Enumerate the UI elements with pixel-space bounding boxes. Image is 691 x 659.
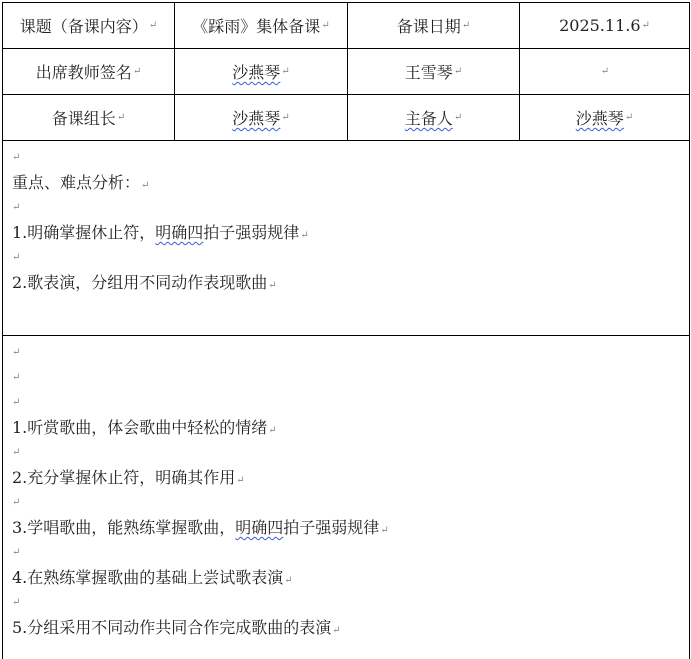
value-group-leader[interactable]: 沙燕琴↵ <box>174 94 347 140</box>
paragraph-mark-icon: ↵ <box>117 112 125 123</box>
item-text: 2.歌表演，分组用不同动作表现歌曲 <box>12 273 267 292</box>
cell-text: 主备人 <box>405 106 453 129</box>
paragraph-mark-icon: ↵ <box>454 66 462 77</box>
analysis-title: 重点、难点分析：↵ <box>12 170 689 195</box>
item-text: 拍子强弱规律 <box>283 518 379 537</box>
paragraph-mark-icon: ↵ <box>236 475 244 486</box>
value-attendee-2[interactable]: 王雪琴↵ <box>347 48 519 94</box>
item-text: 5.分组采用不同动作共同合作完成歌曲的表演 <box>12 618 331 637</box>
paragraph-mark-icon: ↵ <box>12 245 689 270</box>
paragraph-mark-icon: ↵ <box>149 20 157 31</box>
objectives-cell[interactable]: ↵ ↵ ↵ 1.听赏歌曲，体会歌曲中轻松的情绪↵ ↵ 2.充分掌握休止符，明确其… <box>2 335 690 659</box>
paragraph-mark-icon: ↵ <box>12 540 689 565</box>
value-main-preparer[interactable]: 沙燕琴↵ <box>519 94 690 140</box>
cell-text: 沙燕琴 <box>576 106 624 129</box>
spellcheck-text: 明确四 <box>155 223 203 242</box>
paragraph-mark-icon: ↵ <box>12 390 689 415</box>
value-date[interactable]: 2025.11.6↵ <box>519 2 690 48</box>
label-group-leader[interactable]: 备课组长↵ <box>2 94 174 140</box>
item-text: 1.明确掌握休止符， <box>12 223 155 242</box>
paragraph-mark-icon: ↵ <box>12 590 689 615</box>
label-date[interactable]: 备课日期↵ <box>347 2 519 48</box>
spellcheck-text: 明确四 <box>235 518 283 537</box>
paragraph-mark-icon: ↵ <box>281 66 289 77</box>
paragraph-mark-icon: ↵ <box>300 230 308 241</box>
lesson-plan-table: 课题（备课内容）↵ 《踩雨》集体备课↵ 备课日期↵ 2025.11.6↵ 出席教… <box>2 2 690 659</box>
paragraph-mark-icon: ↵ <box>281 112 289 123</box>
value-attendee-1[interactable]: 沙燕琴↵ <box>174 48 347 94</box>
objective-item-4: 4.在熟练掌握歌曲的基础上尝试歌表演↵ <box>12 565 689 590</box>
paragraph-mark-icon: ↵ <box>284 575 292 586</box>
paragraph-mark-icon: ↵ <box>462 20 470 31</box>
paragraph-mark-icon: ↵ <box>321 20 329 31</box>
paragraph-mark-icon: ↵ <box>12 340 689 365</box>
cell-text: 沙燕琴 <box>232 60 280 83</box>
paragraph-mark-icon: ↵ <box>268 280 276 291</box>
item-text: 2.充分掌握休止符，明确其作用 <box>12 468 235 487</box>
cell-text: 课题（备课内容） <box>20 14 148 37</box>
cell-text: 《踩雨》集体备课 <box>192 14 320 37</box>
paragraph-mark-icon: ↵ <box>268 425 276 436</box>
cell-text: 沙燕琴 <box>232 106 280 129</box>
item-text: 3.学唱歌曲，能熟练掌握歌曲， <box>12 518 235 537</box>
paragraph-mark-icon: ↵ <box>12 365 689 390</box>
paragraph-mark-icon: ↵ <box>12 195 689 220</box>
header-grid: 课题（备课内容）↵ 《踩雨》集体备课↵ 备课日期↵ 2025.11.6↵ 出席教… <box>2 2 690 140</box>
item-text: 1.听赏歌曲，体会歌曲中轻松的情绪 <box>12 418 267 437</box>
cell-text: 2025.11.6 <box>559 16 640 35</box>
cell-text: 备课组长 <box>52 106 116 129</box>
label-attendees[interactable]: 出席教师签名↵ <box>2 48 174 94</box>
cell-text: 备课日期 <box>397 14 461 37</box>
objective-item-2: 2.充分掌握休止符，明确其作用↵ <box>12 465 689 490</box>
objective-item-5: 5.分组采用不同动作共同合作完成歌曲的表演↵ <box>12 615 689 640</box>
paragraph-mark-icon: ↵ <box>12 440 689 465</box>
paragraph-mark-icon: ↵ <box>141 180 149 191</box>
label-main-preparer[interactable]: 主备人↵ <box>347 94 519 140</box>
paragraph-mark-icon: ↵ <box>380 525 388 536</box>
paragraph-mark-icon: ↵ <box>642 20 650 31</box>
paragraph-mark-icon: ↵ <box>12 145 689 170</box>
paragraph-mark-icon: ↵ <box>625 112 633 123</box>
analysis-cell[interactable]: ↵ 重点、难点分析：↵ ↵ 1.明确掌握休止符，明确四拍子强弱规律↵ ↵ 2.歌… <box>2 140 690 335</box>
objective-item-3: 3.学唱歌曲，能熟练掌握歌曲，明确四拍子强弱规律↵ <box>12 515 689 540</box>
item-text: 拍子强弱规律 <box>203 223 299 242</box>
paragraph-mark-icon: ↵ <box>12 490 689 515</box>
cell-text: 王雪琴 <box>405 60 453 83</box>
label-topic[interactable]: 课题（备课内容）↵ <box>2 2 174 48</box>
paragraph-mark-icon: ↵ <box>454 112 462 123</box>
item-text: 4.在熟练掌握歌曲的基础上尝试歌表演 <box>12 568 283 587</box>
value-attendee-3[interactable]: ↵ <box>519 48 690 94</box>
analysis-item-1: 1.明确掌握休止符，明确四拍子强弱规律↵ <box>12 220 689 245</box>
objective-item-1: 1.听赏歌曲，体会歌曲中轻松的情绪↵ <box>12 415 689 440</box>
cell-text: 出席教师签名 <box>36 60 132 83</box>
paragraph-mark-icon: ↵ <box>133 66 141 77</box>
analysis-item-2: 2.歌表演，分组用不同动作表现歌曲↵ <box>12 270 689 295</box>
paragraph-mark-icon: ↵ <box>332 625 340 636</box>
analysis-title-text: 重点、难点分析： <box>12 173 140 192</box>
value-topic[interactable]: 《踩雨》集体备课↵ <box>174 2 347 48</box>
paragraph-mark-icon: ↵ <box>601 66 609 77</box>
